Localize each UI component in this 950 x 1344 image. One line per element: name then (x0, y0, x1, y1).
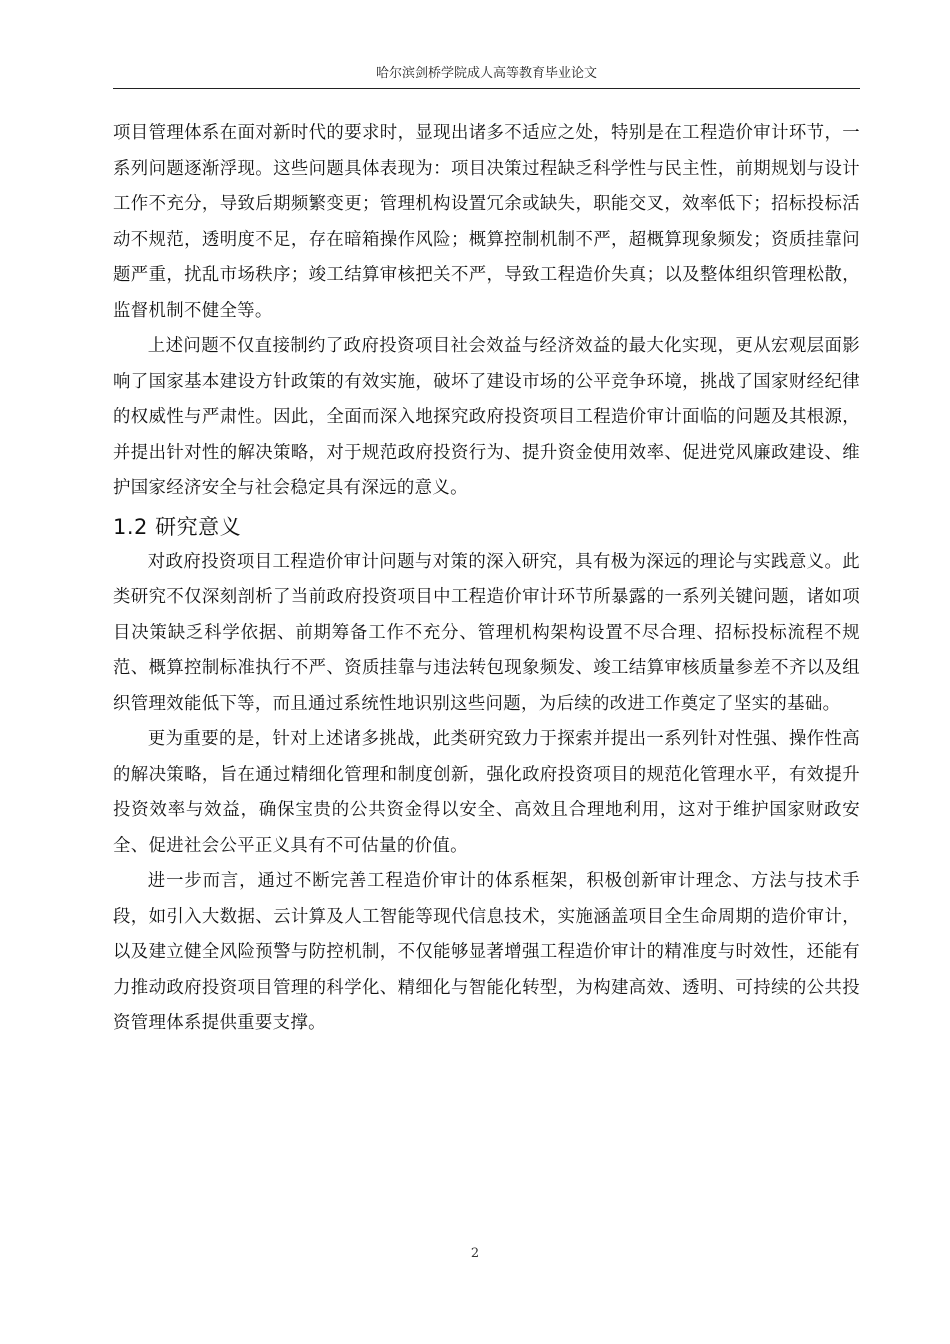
paragraph: 进一步而言，通过不断完善工程造价审计的体系框架，积极创新审计理念、方法与技术手段… (113, 864, 860, 1042)
paragraph: 上述问题不仅直接制约了政府投资项目社会效益与经济效益的最大化实现，更从宏观层面影… (113, 329, 860, 507)
paragraph: 对政府投资项目工程造价审计问题与对策的深入研究，具有极为深远的理论与实践意义。此… (113, 545, 860, 723)
paragraph: 更为重要的是，针对上述诸多挑战，此类研究致力于探索并提出一系列针对性强、操作性高… (113, 722, 860, 864)
section-heading: 1.2 研究意义 (113, 507, 860, 545)
paragraph-continued: 项目管理体系在面对新时代的要求时，显现出诸多不适应之处，特别是在工程造价审计环节… (113, 116, 860, 329)
running-header-title: 哈尔滨剑桥学院成人高等教育毕业论文 (376, 66, 597, 81)
page-number: 2 (0, 1246, 950, 1261)
page-body: 项目管理体系在面对新时代的要求时，显现出诸多不适应之处，特别是在工程造价审计环节… (113, 116, 860, 1042)
running-header: 哈尔滨剑桥学院成人高等教育毕业论文 (113, 64, 860, 89)
